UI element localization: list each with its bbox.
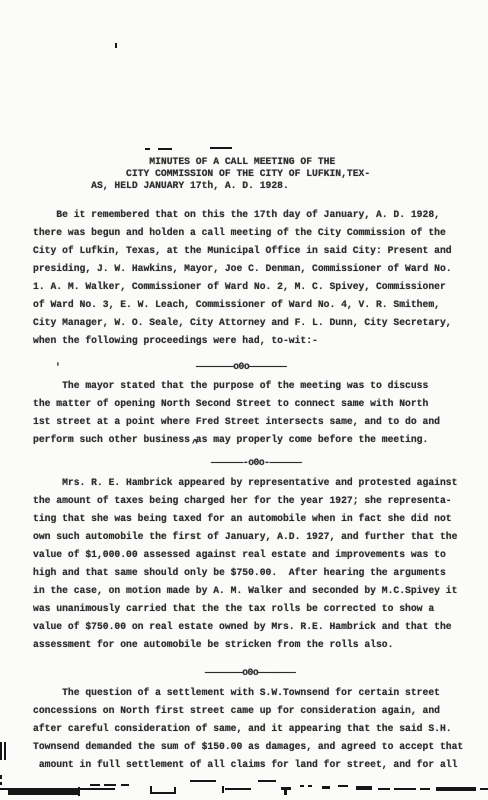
document-title: MINUTES OF A CALL MEETING OF THE CITY CO…	[33, 156, 478, 192]
scan-artifact	[152, 792, 174, 794]
text-line: when the following proceedings were had,…	[33, 332, 478, 350]
text-line: 1. A. M. Walker, Commissioner of Ward No…	[33, 278, 478, 296]
text-line: of Ward No. 3, E. W. Leach, Commissioner…	[33, 296, 478, 314]
text-line: ting that she was being taxed for an aut…	[33, 510, 478, 528]
scan-artifact	[210, 147, 232, 149]
text-line: after careful consideration of same, and…	[33, 720, 478, 738]
scan-artifact	[225, 788, 251, 790]
scan-artifact	[0, 782, 2, 785]
text-line: CITY COMMISSION OF THE CITY OF LUFKIN,TE…	[33, 168, 478, 180]
scan-artifact	[258, 780, 276, 782]
scan-artifact	[394, 788, 416, 790]
paragraph-purpose: The mayor stated that the purpose of the…	[33, 377, 478, 449]
scan-artifact	[8, 790, 80, 795]
text-line: 1st street at a point where Fred Street …	[33, 413, 478, 431]
ink-artifact: ^	[192, 438, 198, 449]
scan-artifact	[4, 742, 6, 760]
paragraph-tax-protest: Mrs. R. E. Hambrick appeared by represen…	[33, 474, 478, 654]
scan-artifact	[284, 789, 287, 795]
scan-artifact	[338, 785, 348, 787]
scan-artifact	[322, 786, 330, 789]
text-line: The mayor stated that the purpose of the…	[33, 377, 478, 395]
text-line: high and that same should only be $750.0…	[33, 564, 478, 582]
scan-artifact	[222, 786, 224, 793]
scan-artifact	[300, 785, 304, 787]
scan-artifact	[115, 43, 117, 48]
text-line: Be it remembered that on this the 17th d…	[33, 206, 478, 224]
text-line: concessions on North first street came u…	[33, 702, 478, 720]
scan-artifact	[104, 784, 116, 786]
text-line: amount in full settlement of all claims …	[33, 756, 478, 774]
text-line: The question of a settlement with S.W.To…	[33, 684, 478, 702]
text-line: was unanimously carried that the the tax…	[33, 600, 478, 618]
text-line: City of Lufkin, Texas, at the Municipal …	[33, 242, 478, 260]
paragraph-attendance: Be it remembered that on this the 17th d…	[33, 206, 478, 350]
scan-artifact	[0, 742, 2, 760]
text-line: value of $1,000.00 assessed against real…	[33, 546, 478, 564]
text-line: perform such other business as may prope…	[33, 431, 478, 449]
scan-artifact	[308, 785, 312, 787]
ink-artifact: '	[55, 362, 61, 373]
text-line: AS, HELD JANUARY 17th, A. D. 1928.	[33, 180, 478, 192]
text-line: assessment for one automobile be stricke…	[33, 636, 478, 654]
paragraph-settlement: The question of a settlement with S.W.To…	[33, 684, 478, 774]
scan-artifact	[158, 148, 172, 150]
section-separator: ———————o0o———————	[205, 667, 295, 679]
text-line: the amount of taxes being charged her fo…	[33, 492, 478, 510]
section-separator: ——————-o0o-——————	[211, 457, 301, 469]
scan-artifact	[436, 787, 476, 791]
text-line: value of $750.00 on real estate owned by…	[33, 618, 478, 636]
text-line: Mrs. R. E. Hambrick appeared by represen…	[33, 474, 478, 492]
scan-artifact	[121, 784, 129, 786]
scan-artifact	[420, 788, 430, 790]
text-line: MINUTES OF A CALL MEETING OF THE	[33, 156, 478, 168]
scan-artifact	[145, 148, 150, 150]
text-line: there was begun and holden a call meetin…	[33, 224, 478, 242]
scan-artifact	[480, 788, 488, 790]
scan-artifact	[174, 787, 176, 794]
scan-artifact	[90, 784, 100, 786]
scan-artifact	[0, 775, 2, 779]
text-line: in the case, on motion made by A. M. Wal…	[33, 582, 478, 600]
scan-artifact	[78, 787, 80, 796]
text-line: the matter of opening North Second Stree…	[33, 395, 478, 413]
section-separator: ———————o0o———————	[196, 361, 286, 373]
scan-artifact	[190, 780, 216, 782]
document-page: MINUTES OF A CALL MEETING OF THE CITY CO…	[0, 0, 488, 800]
text-line: presiding, J. W. Hawkins, Mayor, Joe C. …	[33, 260, 478, 278]
text-line: City Manager, W. O. Seale, City Attorney…	[33, 314, 478, 332]
text-line: Townsend demanded the sum of $150.00 as …	[33, 738, 478, 756]
scan-artifact	[356, 786, 372, 790]
scan-artifact	[378, 788, 390, 790]
text-line: own such automobile the first of January…	[33, 528, 478, 546]
